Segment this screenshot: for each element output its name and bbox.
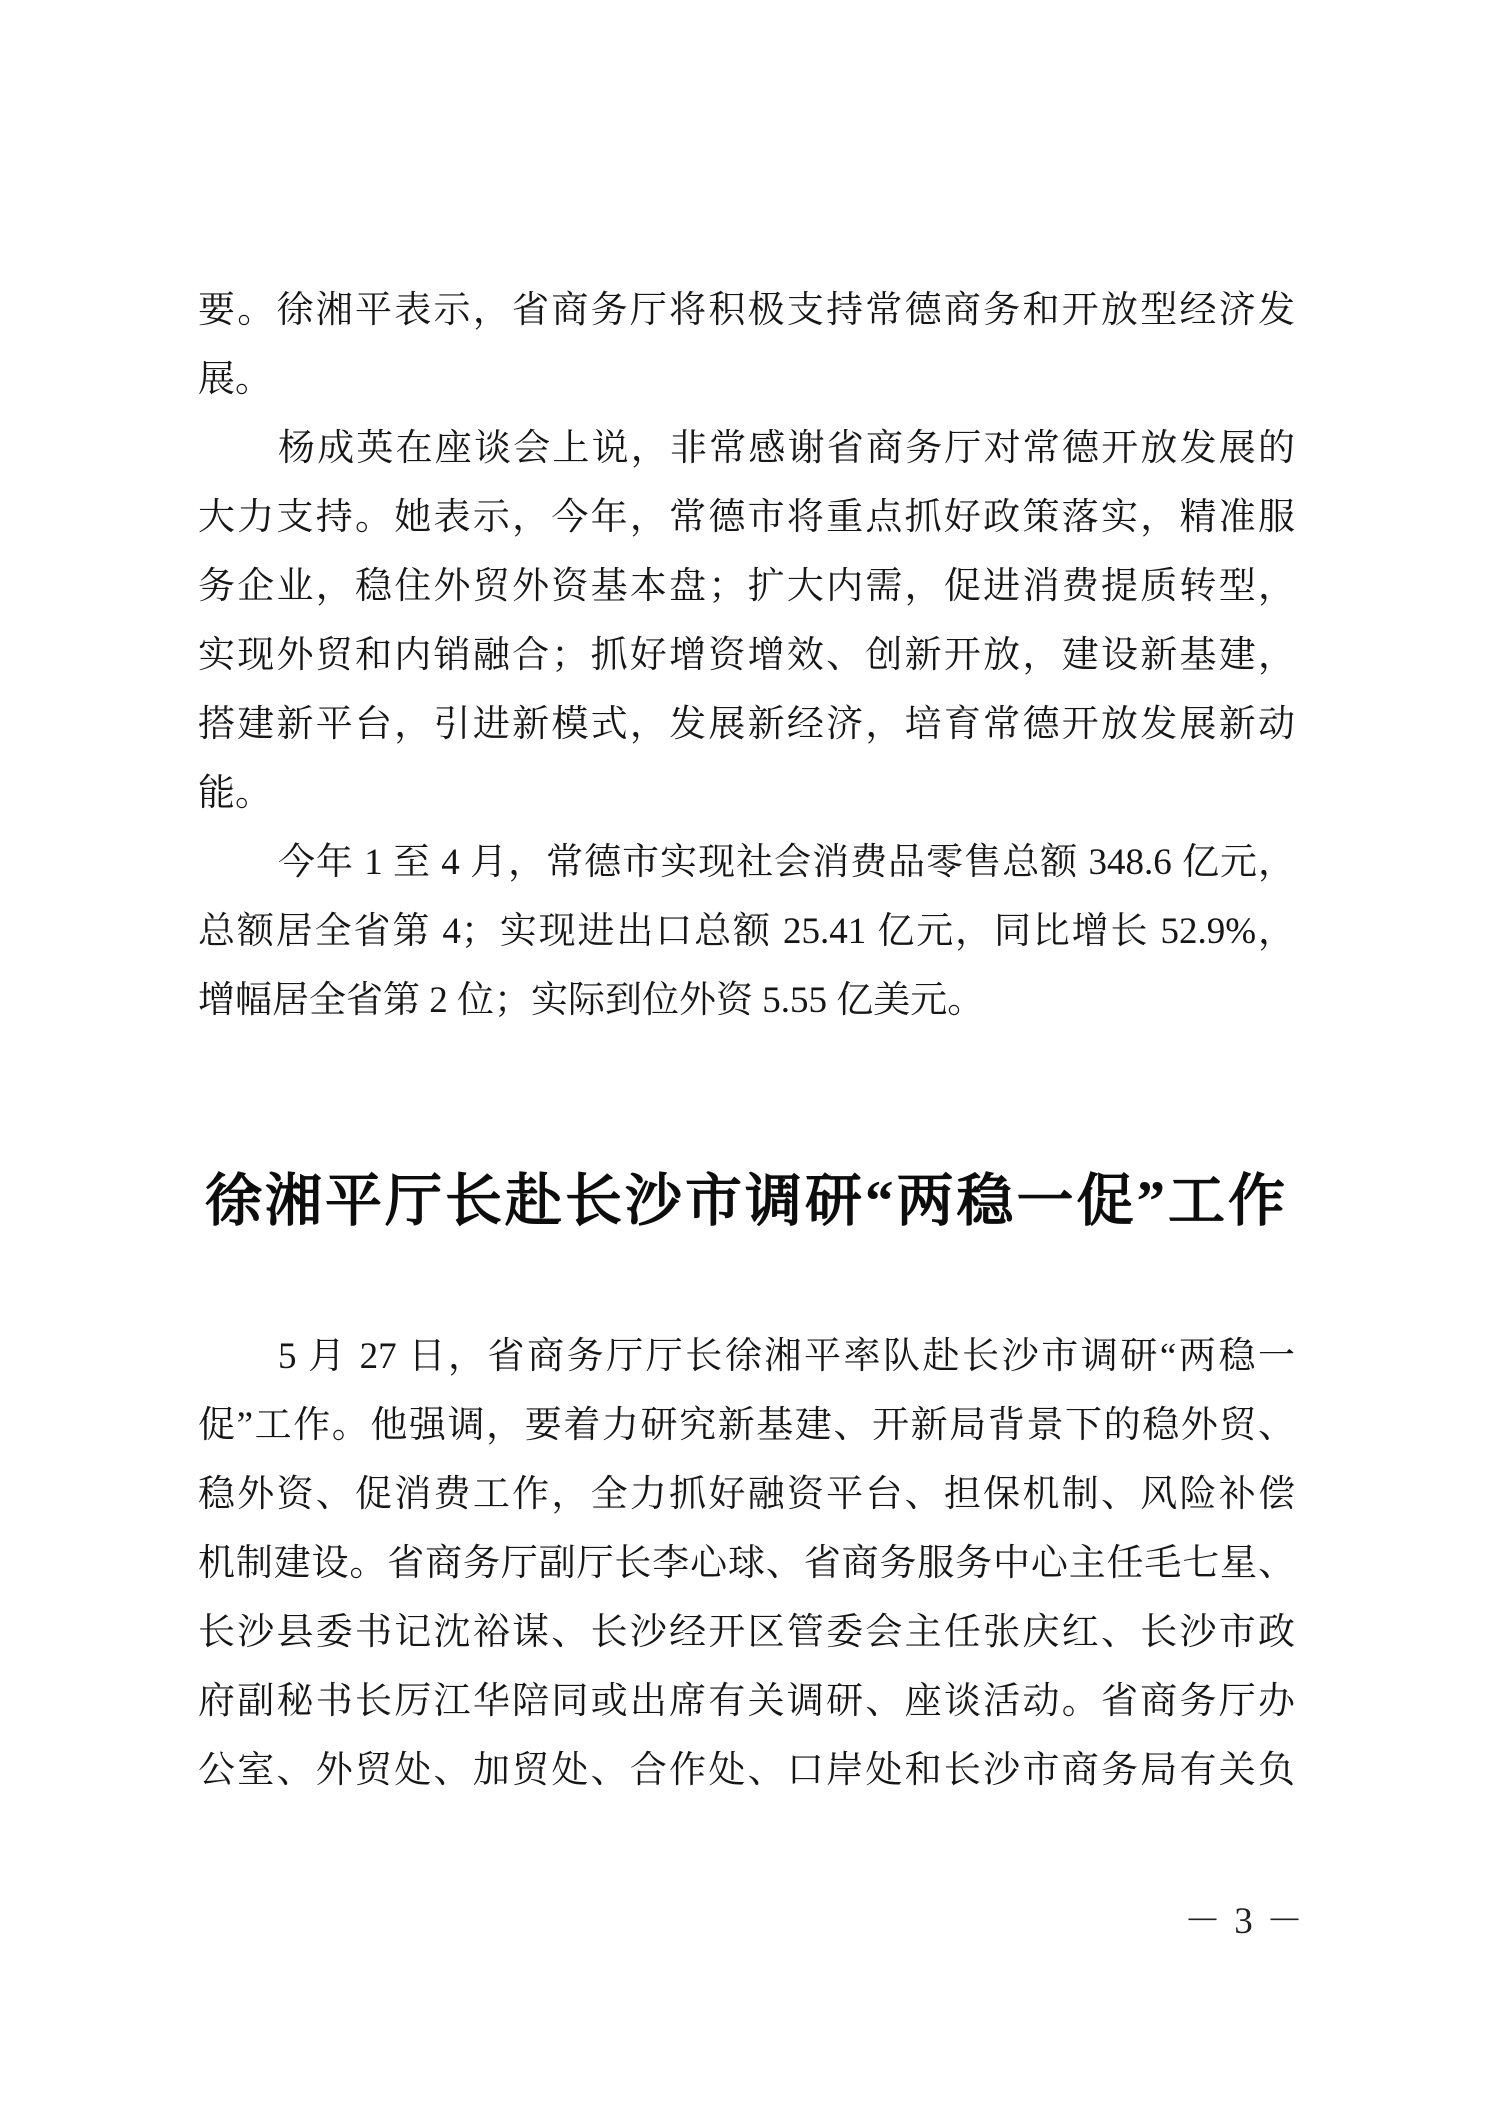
text-line: 增幅居全省第 2 位；实际到位外资 5.55 亿美元。	[198, 966, 1295, 1035]
text-line: 促”工作。他强调，要着力研究新基建、开新局背景下的稳外贸、	[198, 1391, 1295, 1460]
text-line: 能。	[198, 759, 1295, 828]
document-page: 要。徐湘平表示，省商务厅将积极支持常德商务和开放型经济发 展。 杨成英在座谈会上…	[0, 0, 1488, 2105]
text-line: 大力支持。她表示，今年，常德市将重点抓好政策落实，精准服	[198, 483, 1295, 552]
body-text-upper: 要。徐湘平表示，省商务厅将积极支持常德商务和开放型经济发 展。 杨成英在座谈会上…	[198, 276, 1295, 1035]
text-line: 总额居全省第 4；实现进出口总额 25.41 亿元，同比增长 52.9%，	[198, 897, 1295, 966]
text-line: 展。	[198, 345, 1295, 414]
text-line: 长沙县委书记沈裕谋、长沙经开区管委会主任张庆红、长沙市政	[198, 1598, 1295, 1667]
text-line: 今年 1 至 4 月，常德市实现社会消费品零售总额 348.6 亿元，	[198, 828, 1295, 897]
body-text-lower: 5 月 27 日，省商务厅厅长徐湘平率队赴长沙市调研“两稳一 促”工作。他强调，…	[198, 1322, 1295, 1805]
page-number: － 3 －	[1184, 1898, 1305, 1946]
text-line: 杨成英在座谈会上说，非常感谢省商务厅对常德开放发展的	[198, 414, 1295, 483]
text-line: 务企业，稳住外贸外资基本盘；扩大内需，促进消费提质转型，	[198, 552, 1295, 621]
text-line: 机制建设。省商务厅副厅长李心球、省商务服务中心主任毛七星、	[198, 1529, 1295, 1598]
section-heading: 徐湘平厅长赴长沙市调研“两稳一促”工作	[198, 1164, 1295, 1240]
text-line: 要。徐湘平表示，省商务厅将积极支持常德商务和开放型经济发	[198, 276, 1295, 345]
text-line: 府副秘书长厉江华陪同或出席有关调研、座谈活动。省商务厅办	[198, 1667, 1295, 1736]
text-line: 稳外资、促消费工作，全力抓好融资平台、担保机制、风险补偿	[198, 1460, 1295, 1529]
text-line: 公室、外贸处、加贸处、合作处、口岸处和长沙市商务局有关负	[198, 1736, 1295, 1805]
text-line: 5 月 27 日，省商务厅厅长徐湘平率队赴长沙市调研“两稳一	[198, 1322, 1295, 1391]
text-line: 搭建新平台，引进新模式，发展新经济，培育常德开放发展新动	[198, 690, 1295, 759]
text-line: 实现外贸和内销融合；抓好增资增效、创新开放，建设新基建，	[198, 621, 1295, 690]
